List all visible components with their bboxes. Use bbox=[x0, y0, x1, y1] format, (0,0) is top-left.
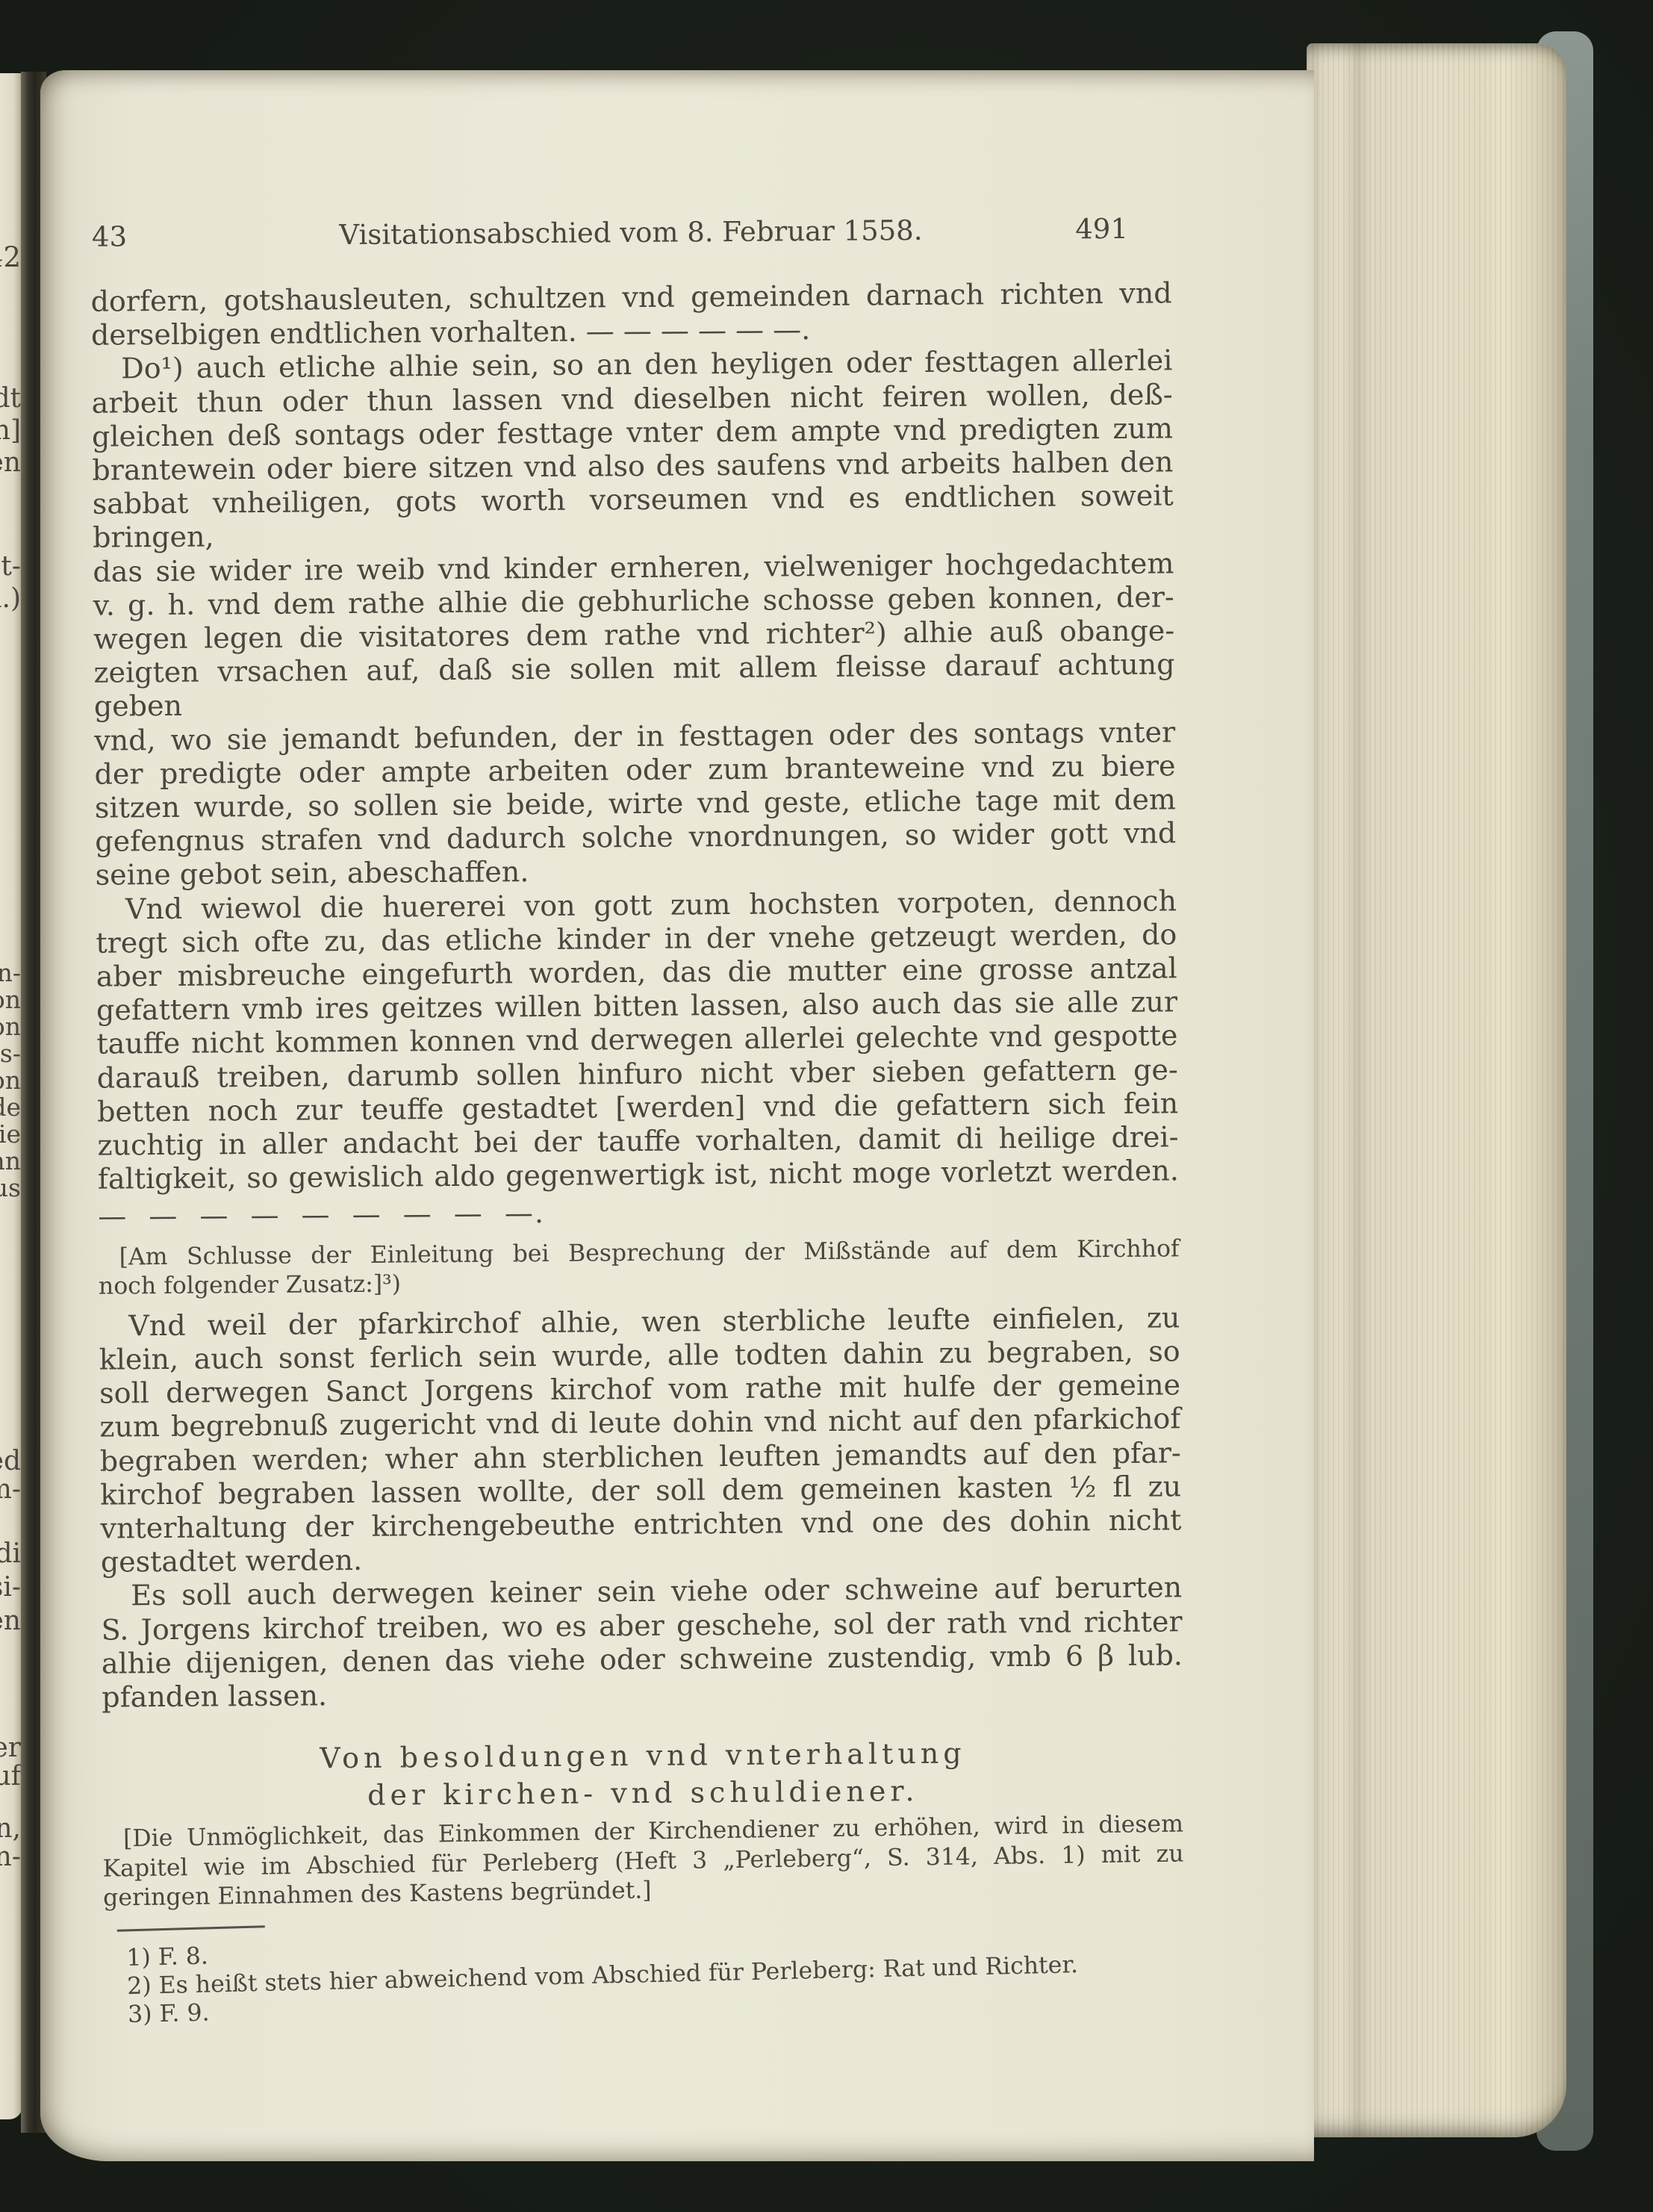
cutoff-text-fragment: on] bbox=[0, 415, 21, 446]
main-paragraphs: dorfern, gotshausleuten, schultzen vnd g… bbox=[90, 276, 1179, 1196]
cutoff-text-fragment: n, bbox=[0, 1813, 21, 1844]
text-line: zeigten vrsachen auf, daß sie sollen mit… bbox=[93, 648, 1175, 724]
cutoff-text-fragment: aus bbox=[0, 1173, 21, 1202]
cutoff-text-fragment: si- bbox=[0, 1572, 21, 1603]
paragraph: Do¹) auch etliche alhie sein, so an den … bbox=[91, 344, 1177, 893]
cutoff-text-fragment: di bbox=[0, 1538, 21, 1569]
paragraph: Vnd weil der pfarkirchof alhie, wen ster… bbox=[99, 1301, 1182, 1579]
cutoff-text-fragment: von bbox=[0, 985, 21, 1014]
book-page: 43 Visitationsabschied vom 8. Februar 15… bbox=[40, 70, 1314, 2161]
paragraph: [Die Unmöglichkeit, das Einkommen der Ki… bbox=[102, 1810, 1185, 1914]
cutoff-text-fragment: n- bbox=[0, 1842, 21, 1872]
cutoff-text-fragment: ten bbox=[0, 447, 21, 478]
cutoff-text-fragment: uf bbox=[0, 1761, 21, 1792]
book-scan-photo: { "page": { "header": { "left_folio": "4… bbox=[0, 0, 1653, 2212]
page-stack-fore-edge bbox=[1307, 43, 1566, 2137]
cutoff-text-fragment: von bbox=[0, 1012, 21, 1041]
section-heading-line2: der kirchen- vnd schuldiener. bbox=[102, 1770, 1183, 1815]
cutoff-text-fragment: ann bbox=[0, 1146, 21, 1175]
page-number: 491 bbox=[1075, 213, 1128, 246]
facing-page-edge: 42edton]tenpt-d.)ein-vonvonEis-ionndedie… bbox=[0, 73, 22, 2119]
omission-dash-row: — — — — — — — — —. bbox=[98, 1192, 1179, 1234]
paragraph: Vnd wiewol die huererei von gott zum hoc… bbox=[96, 884, 1179, 1196]
paragraph: dorfern, gotshausleuten, schultzen vnd g… bbox=[90, 276, 1172, 352]
section-heading: Von besoldungen vnd vnterhaltung der kir… bbox=[102, 1733, 1184, 1815]
cutoff-text-fragment: ion bbox=[0, 1066, 21, 1095]
cutoff-text-fragment: pt- bbox=[0, 551, 21, 582]
cutoff-text-fragment: die bbox=[0, 1119, 21, 1149]
cutoff-text-fragment: en bbox=[0, 1606, 21, 1636]
cutoff-text-fragment: Eis- bbox=[0, 1039, 21, 1068]
cutoff-text-fragment: 42 bbox=[0, 241, 21, 273]
page-content: 43 Visitationsabschied vom 8. Februar 15… bbox=[89, 66, 1186, 2165]
cutoff-text-fragment: m- bbox=[0, 1474, 21, 1505]
cutoff-text-fragment: edt bbox=[0, 383, 21, 414]
kirchhof-paragraphs: Vnd weil der pfarkirchof alhie, wen ster… bbox=[99, 1301, 1183, 1715]
text-line: sabbat vnheiligen, gots worth vorseumen … bbox=[93, 479, 1174, 556]
cutoff-text-fragment: ein- bbox=[0, 958, 21, 987]
body-text: dorfern, gotshausleuten, schultzen vnd g… bbox=[90, 276, 1185, 2029]
running-title: Visitationsabschied vom 8. Februar 1558. bbox=[90, 212, 1171, 252]
cutoff-text-fragment: nde bbox=[0, 1093, 21, 1122]
cutoff-text-fragment: d.) bbox=[0, 583, 21, 614]
editor-note-kirchhof: [Am Schlusse der Einleitung bei Besprech… bbox=[99, 1234, 1180, 1302]
cutoff-text-fragment: er bbox=[0, 1733, 21, 1763]
running-header: 43 Visitationsabschied vom 8. Februar 15… bbox=[90, 212, 1171, 258]
paragraph: [Am Schlusse der Einleitung bei Besprech… bbox=[99, 1234, 1180, 1302]
footnotes: 1) F. 8.2) Es heißt stets hier abweichen… bbox=[104, 1919, 1186, 2029]
editor-note-perleberg: [Die Unmöglichkeit, das Einkommen der Ki… bbox=[102, 1810, 1185, 1914]
cutoff-text-fragment: ed bbox=[0, 1446, 21, 1476]
footnote-separator-rule bbox=[117, 1925, 265, 1932]
paragraph: Es soll auch derwegen keiner sein viehe … bbox=[101, 1571, 1183, 1715]
